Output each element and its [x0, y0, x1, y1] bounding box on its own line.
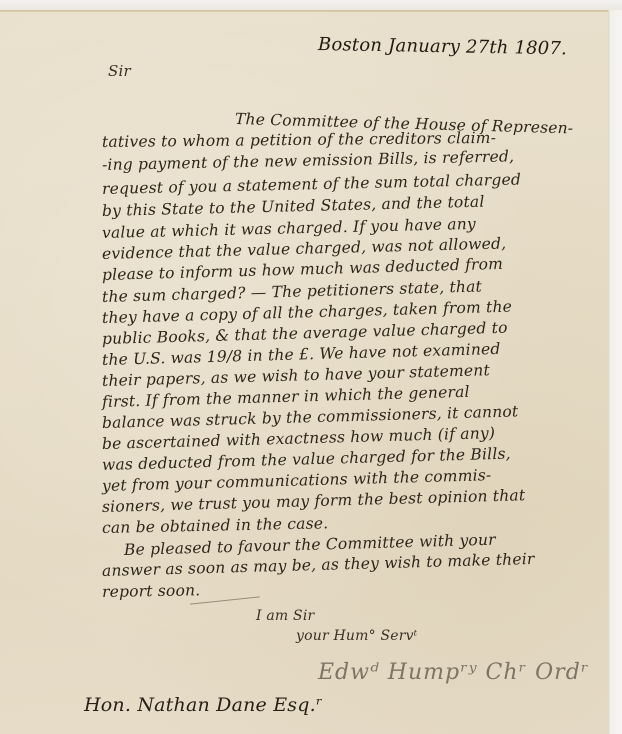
body-line: report soon. — [102, 581, 201, 601]
paper-right-edge — [608, 10, 622, 734]
closing-line: I am Sir — [256, 608, 314, 624]
place-date-line: Boston January 27th 1807. — [318, 34, 567, 59]
scan-top-margin — [0, 0, 622, 10]
signature: Edwᵈ Humpʳʸ Chʳ Ordʳ — [318, 660, 589, 685]
closing-line: your Hum° Servᵗ — [296, 628, 417, 644]
salutation: Sir — [108, 62, 131, 80]
addressee: Hon. Nathan Dane Esq.ʳ — [84, 694, 323, 716]
